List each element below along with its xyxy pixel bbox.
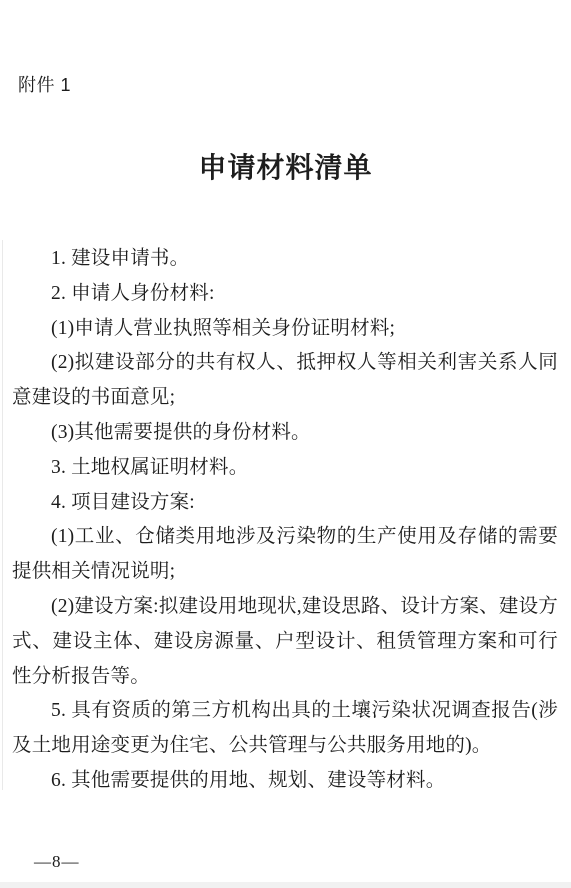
paragraph: (2)建设方案:拟建设用地现状,建设思路、设计方案、建设方式、建设主体、建设房源…: [12, 590, 558, 694]
document-body: 1. 建设申请书。2. 申请人身份材料:(1)申请人营业执照等相关身份证明材料;…: [12, 242, 558, 799]
paragraph: 4. 项目建设方案:: [12, 486, 558, 521]
paragraph: (1)工业、仓储类用地涉及污染物的生产使用及存储的需要提供相关情况说明;: [12, 520, 558, 590]
paragraph: 3. 土地权属证明材料。: [12, 451, 558, 486]
scan-edge-bottom-artifact: [0, 882, 571, 888]
scan-edge-left-artifact: [2, 240, 3, 790]
page-title: 申请材料清单: [0, 146, 571, 186]
page-number: —8—: [34, 852, 80, 872]
paragraph: (2)拟建设部分的共有权人、抵押权人等相关利害关系人同意建设的书面意见;: [12, 346, 558, 416]
paragraph: 2. 申请人身份材料:: [12, 277, 558, 312]
paragraph: 5. 具有资质的第三方机构出具的土壤污染状况调查报告(涉及土地用途变更为住宅、公…: [12, 694, 558, 764]
document-page: 附件 1 申请材料清单 1. 建设申请书。2. 申请人身份材料:(1)申请人营业…: [0, 0, 571, 888]
paragraph: 1. 建设申请书。: [12, 242, 558, 277]
attachment-label: 附件 1: [18, 71, 71, 97]
paragraph: (3)其他需要提供的身份材料。: [12, 416, 558, 451]
paragraph: 6. 其他需要提供的用地、规划、建设等材料。: [12, 764, 558, 799]
paragraph: (1)申请人营业执照等相关身份证明材料;: [12, 312, 558, 347]
